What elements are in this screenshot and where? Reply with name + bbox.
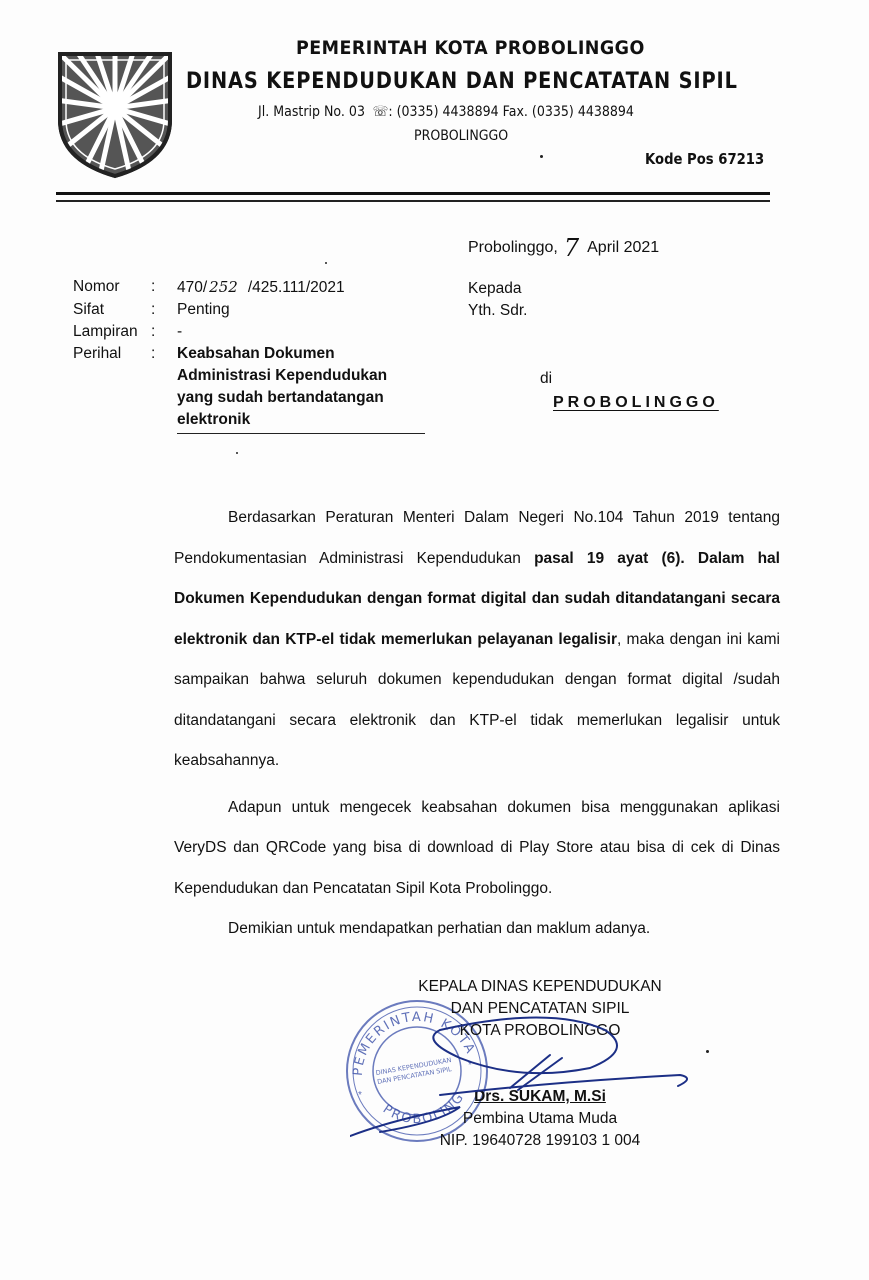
meta-value-nomor: 470/252/425.111/2021 bbox=[177, 276, 425, 299]
letterhead-divider-thin bbox=[56, 200, 770, 202]
perihal-line: yang sudah bertandatangan bbox=[177, 387, 425, 409]
perihal-line: Keabsahan Dokumen bbox=[177, 343, 425, 365]
recipient-di: di bbox=[540, 370, 552, 388]
meta-value-lampiran: - bbox=[177, 321, 425, 343]
recipient-city: PROBOLINGGO bbox=[553, 394, 719, 412]
speck bbox=[236, 452, 238, 454]
letterhead-city: PROBOLINGGO bbox=[414, 128, 508, 144]
nomor-prefix: 470/ bbox=[177, 279, 207, 296]
meta-value-perihal: Keabsahan Dokumen Administrasi Kependudu… bbox=[177, 343, 425, 434]
nomor-handwritten: 252 bbox=[209, 278, 238, 296]
letterhead-government: PEMERINTAH KOTA PROBOLINGGO bbox=[35, 37, 834, 59]
address-text: Jl. Mastrip No. 03 bbox=[258, 104, 365, 120]
meta-label: Lampiran bbox=[73, 321, 145, 343]
letter-date: Probolinggo,7April 2021 bbox=[468, 230, 659, 258]
letterhead-address: Jl. Mastrip No. 03 ☏: (0335) 4438894 Fax… bbox=[258, 104, 634, 120]
letter-meta: Nomor : 470/252/425.111/2021 Sifat : Pen… bbox=[73, 276, 425, 434]
fax-text: Fax. (0335) 4438894 bbox=[503, 104, 634, 120]
meta-label: Nomor bbox=[73, 276, 145, 299]
meta-separator: : bbox=[145, 343, 177, 434]
meta-label: Sifat bbox=[73, 299, 145, 321]
meta-row-sifat: Sifat : Penting bbox=[73, 299, 425, 321]
meta-separator: : bbox=[145, 276, 177, 299]
phone-text: : (0335) 4438894 bbox=[388, 104, 498, 120]
date-day-handwritten: 7 bbox=[564, 234, 579, 262]
body-paragraph-3: Demikian untuk mendapatkan perhatian dan… bbox=[174, 909, 780, 950]
date-month-year: April 2021 bbox=[587, 239, 659, 256]
meta-row-lampiran: Lampiran : - bbox=[73, 321, 425, 343]
city-crest-shield-icon bbox=[56, 50, 174, 180]
recipient-block: Kepada Yth. Sdr. bbox=[468, 278, 527, 322]
speck bbox=[540, 155, 543, 158]
meta-value-sifat: Penting bbox=[177, 299, 425, 321]
signatory-title-1: KEPALA DINAS KEPENDUDUKAN bbox=[360, 976, 720, 998]
letter-body: Berdasarkan Peraturan Menteri Dalam Nege… bbox=[174, 498, 780, 950]
meta-separator: : bbox=[145, 299, 177, 321]
handwritten-signature-icon bbox=[350, 1010, 730, 1150]
perihal-line: Administrasi Kependudukan bbox=[177, 365, 425, 387]
letterhead-agency: DINAS KEPENDUDUKAN DAN PENCATATAN SIPIL bbox=[186, 68, 738, 94]
meta-separator: : bbox=[145, 321, 177, 343]
speck bbox=[325, 262, 327, 264]
date-place: Probolinggo, bbox=[468, 239, 558, 256]
perihal-line: elektronik bbox=[177, 409, 425, 431]
body-paragraph-1: Berdasarkan Peraturan Menteri Dalam Nege… bbox=[174, 498, 780, 782]
telephone-icon: ☏ bbox=[373, 104, 389, 120]
letterhead-postal-code: Kode Pos 67213 bbox=[645, 150, 764, 168]
meta-label: Perihal bbox=[73, 343, 145, 434]
letterhead-divider-thick bbox=[56, 192, 770, 195]
meta-row-perihal: Perihal : Keabsahan Dokumen Administrasi… bbox=[73, 343, 425, 434]
speck bbox=[706, 1050, 709, 1053]
meta-row-nomor: Nomor : 470/252/425.111/2021 bbox=[73, 276, 425, 299]
recipient-salutation: Yth. Sdr. bbox=[468, 300, 527, 322]
body-paragraph-2: Adapun untuk mengecek keabsahan dokumen … bbox=[174, 788, 780, 910]
p1-text-continued: , maka dengan ini kami sampaikan bahwa s… bbox=[174, 631, 780, 770]
recipient-to: Kepada bbox=[468, 278, 527, 300]
nomor-suffix: /425.111/2021 bbox=[248, 279, 345, 296]
